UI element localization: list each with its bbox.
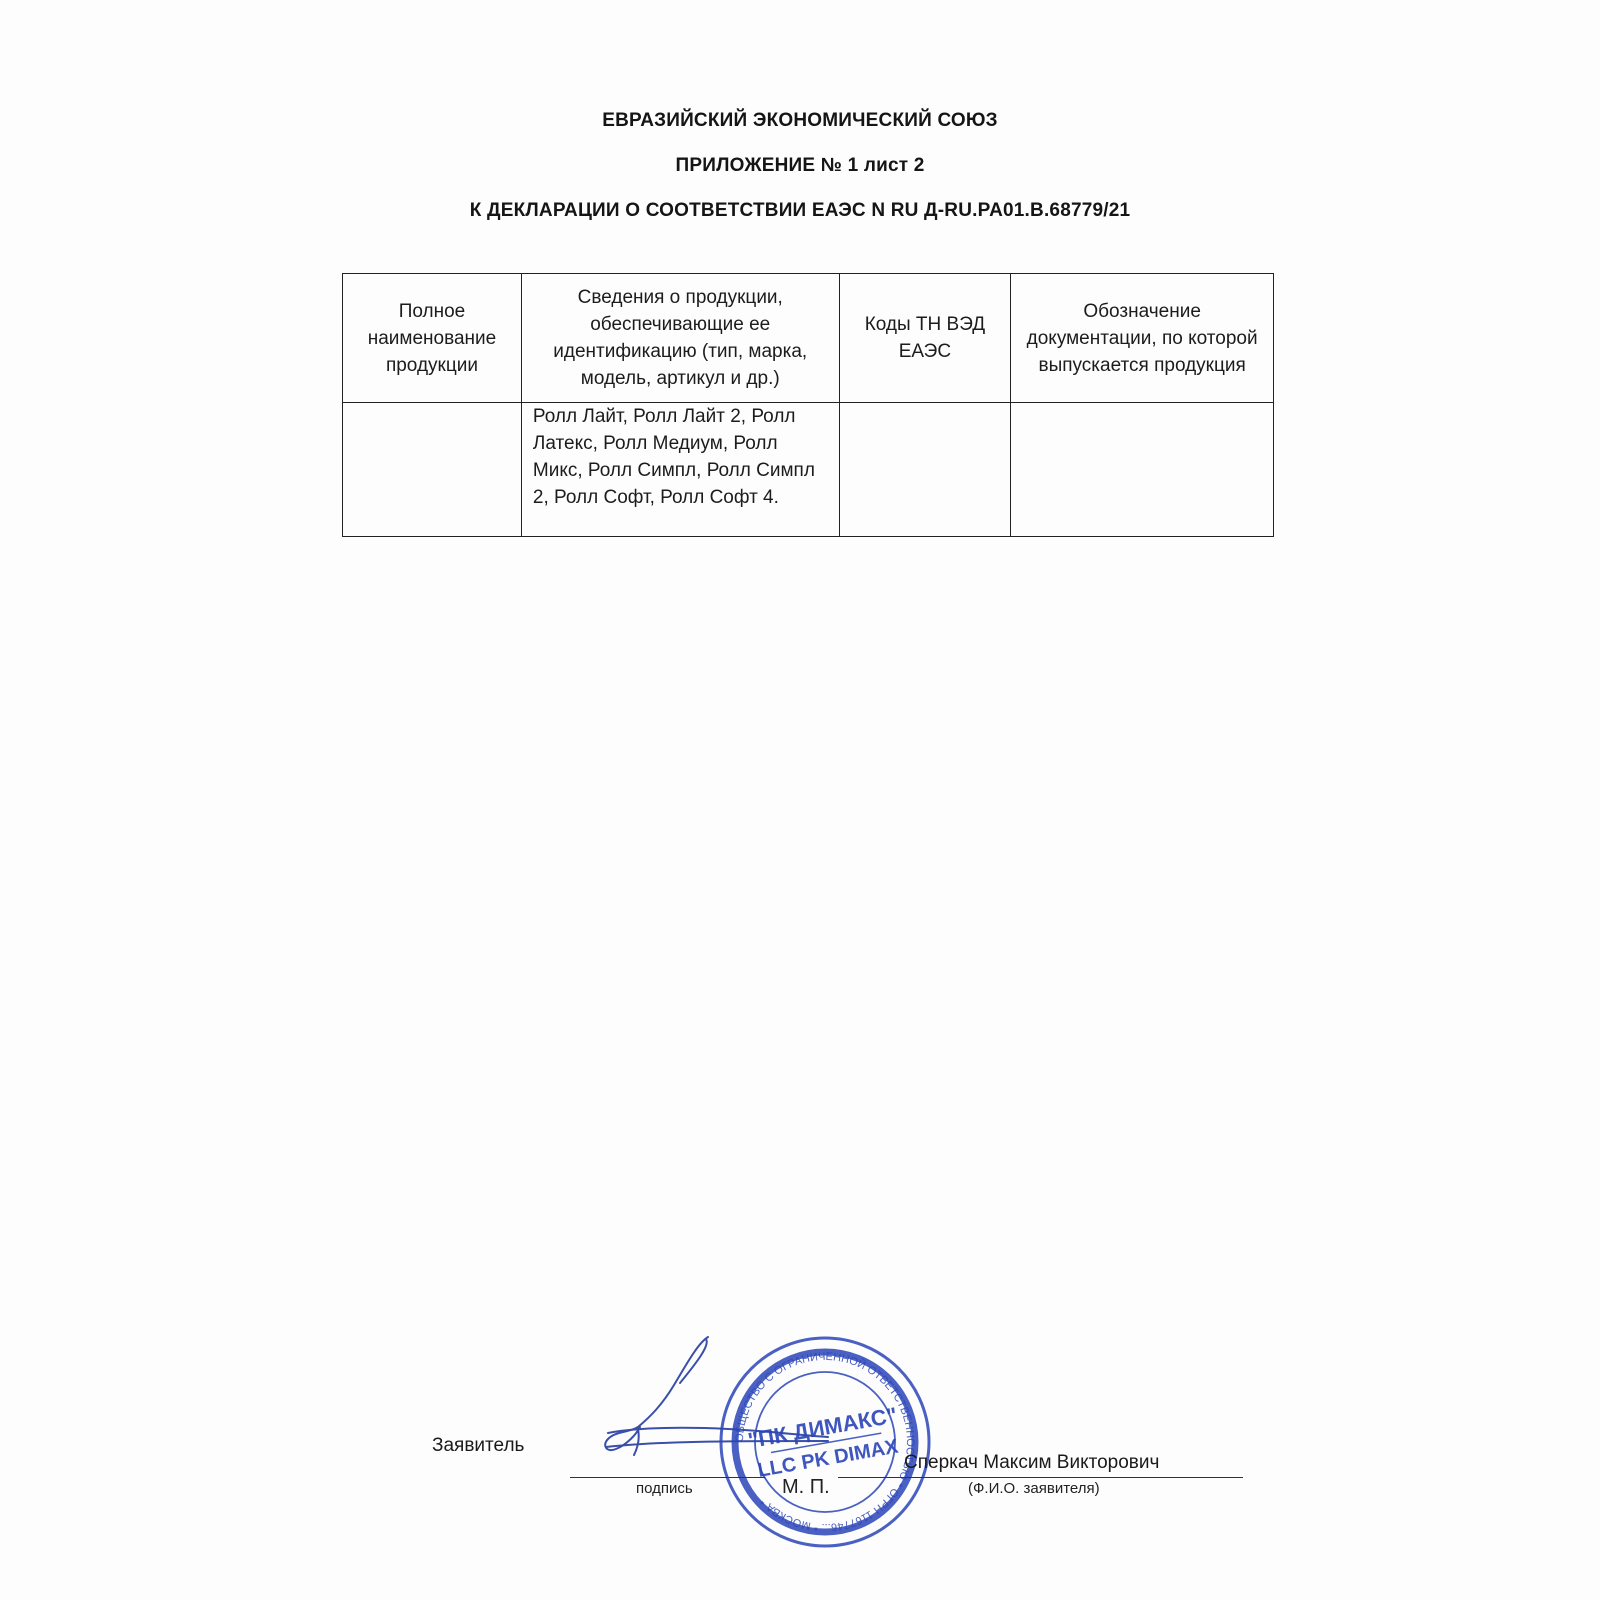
declaration-title: К ДЕКЛАРАЦИИ О СООТВЕТСТВИИ ЕАЭС N RU Д-… xyxy=(0,200,1600,222)
cell-tn-ved-codes xyxy=(839,403,1011,537)
signature-line xyxy=(570,1477,765,1478)
union-title: ЕВРАЗИЙСКИЙ ЭКОНОМИЧЕСКИЙ СОЮЗ xyxy=(0,110,1600,132)
applicant-name-caption: (Ф.И.О. заявителя) xyxy=(968,1480,1100,1497)
header-documentation: Обозначение документации, по которой вып… xyxy=(1011,274,1274,403)
signature-caption: подпись xyxy=(636,1480,693,1497)
table-row: Ролл Лайт, Ролл Лайт 2, Ролл Латекс, Рол… xyxy=(343,403,1274,537)
cell-full-name xyxy=(343,403,522,537)
header-tn-ved-codes: Коды ТН ВЭД ЕАЭС xyxy=(839,274,1011,403)
cell-identification: Ролл Лайт, Ролл Лайт 2, Ролл Латекс, Рол… xyxy=(521,403,839,537)
applicant-label: Заявитель xyxy=(432,1435,524,1457)
stamp-place-caption: М. П. xyxy=(782,1476,830,1499)
applicant-name: Сперкач Максим Викторович xyxy=(904,1452,1159,1474)
company-stamp-icon: ОБЩЕСТВО С ОГРАНИЧЕННОЙ ОТВЕТСТВЕННОСТЬЮ… xyxy=(718,1335,932,1549)
appendix-title: ПРИЛОЖЕНИЕ № 1 лист 2 xyxy=(0,155,1600,177)
header-full-name: Полное наименование продукции xyxy=(343,274,522,403)
header-identification: Сведения о продукции, обеспечивающие ее … xyxy=(521,274,839,403)
cell-documentation xyxy=(1011,403,1274,537)
declaration-appendix-page: ЕВРАЗИЙСКИЙ ЭКОНОМИЧЕСКИЙ СОЮЗ ПРИЛОЖЕНИ… xyxy=(0,0,1600,1600)
name-line xyxy=(838,1477,1243,1478)
product-table: Полное наименование продукции Сведения о… xyxy=(342,273,1274,537)
table-header-row: Полное наименование продукции Сведения о… xyxy=(343,274,1274,403)
